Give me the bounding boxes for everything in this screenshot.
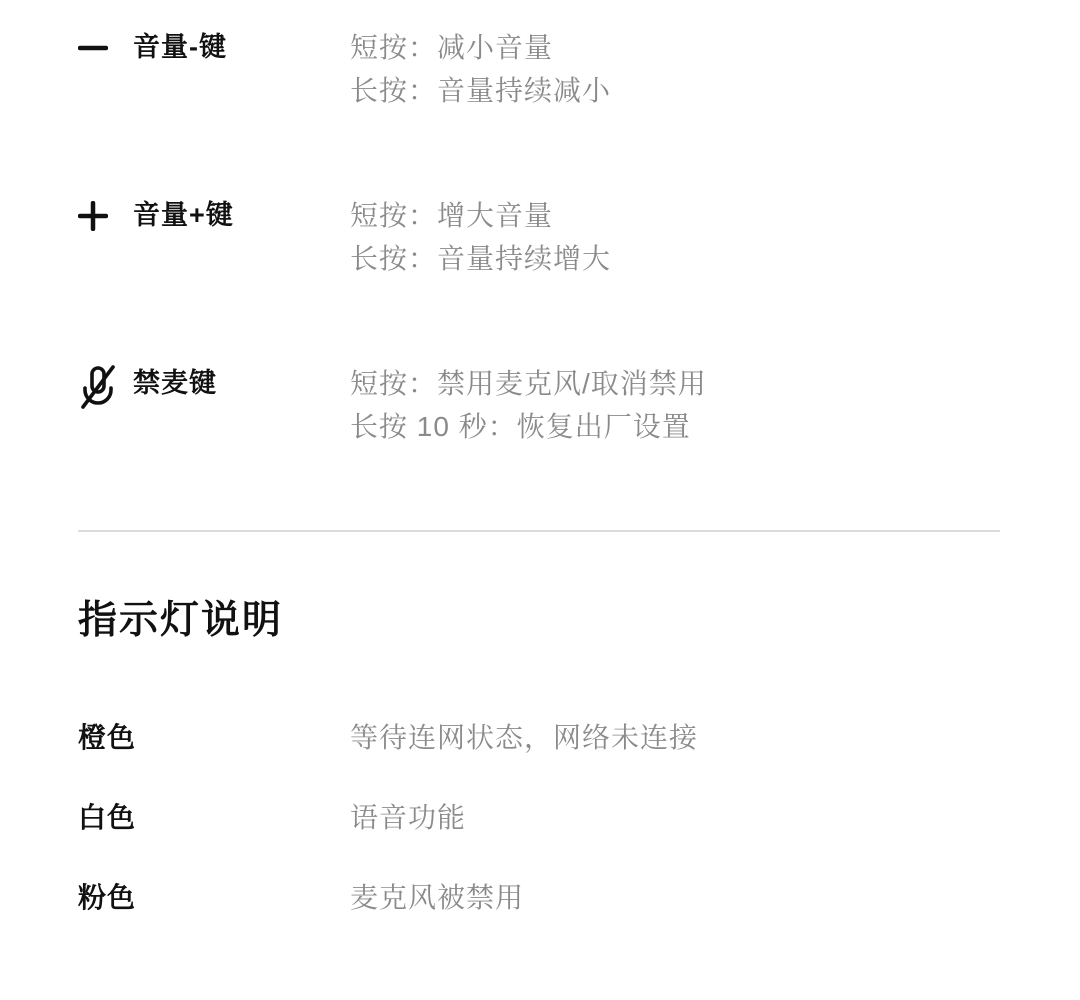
indicator-description: 麦克风被禁用: [350, 881, 1000, 915]
indicator-row-orange: 橙色 等待连网状态，网络未连接: [78, 721, 1000, 755]
description-line: 短按：禁用麦克风/取消禁用: [350, 362, 1000, 405]
manual-page: 音量-键 短按：减小音量 长按：音量持续减小 音量+键 短按：增大音量 长按：音…: [0, 0, 1080, 915]
description-line: 长按 10 秒：恢复出厂设置: [350, 405, 1000, 448]
indicator-color-label: 橙色: [78, 721, 350, 755]
description-line: 长按：音量持续减小: [350, 69, 1000, 112]
button-label: 音量+键: [133, 194, 350, 237]
indicator-row-white: 白色 语音功能: [78, 801, 1000, 835]
description-line: 短按：增大音量: [350, 194, 1000, 237]
button-row-mute: 禁麦键 短按：禁用麦克风/取消禁用 长按 10 秒：恢复出厂设置: [78, 362, 1000, 448]
indicator-rows: 橙色 等待连网状态，网络未连接 白色 语音功能 粉色 麦克风被禁用: [78, 721, 1000, 915]
indicator-row-pink: 粉色 麦克风被禁用: [78, 881, 1000, 915]
indicator-color-label: 粉色: [78, 881, 350, 915]
mic-off-icon: [78, 362, 133, 412]
indicator-section-title: 指示灯说明: [78, 589, 1000, 645]
plus-icon: [78, 194, 133, 231]
button-row-volume-up: 音量+键 短按：增大音量 长按：音量持续增大: [78, 194, 1000, 280]
button-description: 短按：减小音量 长按：音量持续减小: [350, 26, 1000, 112]
button-description: 短按：禁用麦克风/取消禁用 长按 10 秒：恢复出厂设置: [350, 362, 1000, 448]
description-line: 短按：减小音量: [350, 26, 1000, 69]
indicator-description: 语音功能: [350, 801, 1000, 835]
indicator-description: 等待连网状态，网络未连接: [350, 721, 1000, 755]
description-line: 长按：音量持续增大: [350, 237, 1000, 280]
button-description: 短按：增大音量 长按：音量持续增大: [350, 194, 1000, 280]
button-label: 禁麦键: [133, 362, 350, 405]
button-row-volume-down: 音量-键 短按：减小音量 长按：音量持续减小: [78, 26, 1000, 112]
section-divider: [78, 530, 1000, 532]
button-label: 音量-键: [133, 26, 350, 69]
minus-icon: [78, 26, 133, 63]
indicator-color-label: 白色: [78, 801, 350, 835]
